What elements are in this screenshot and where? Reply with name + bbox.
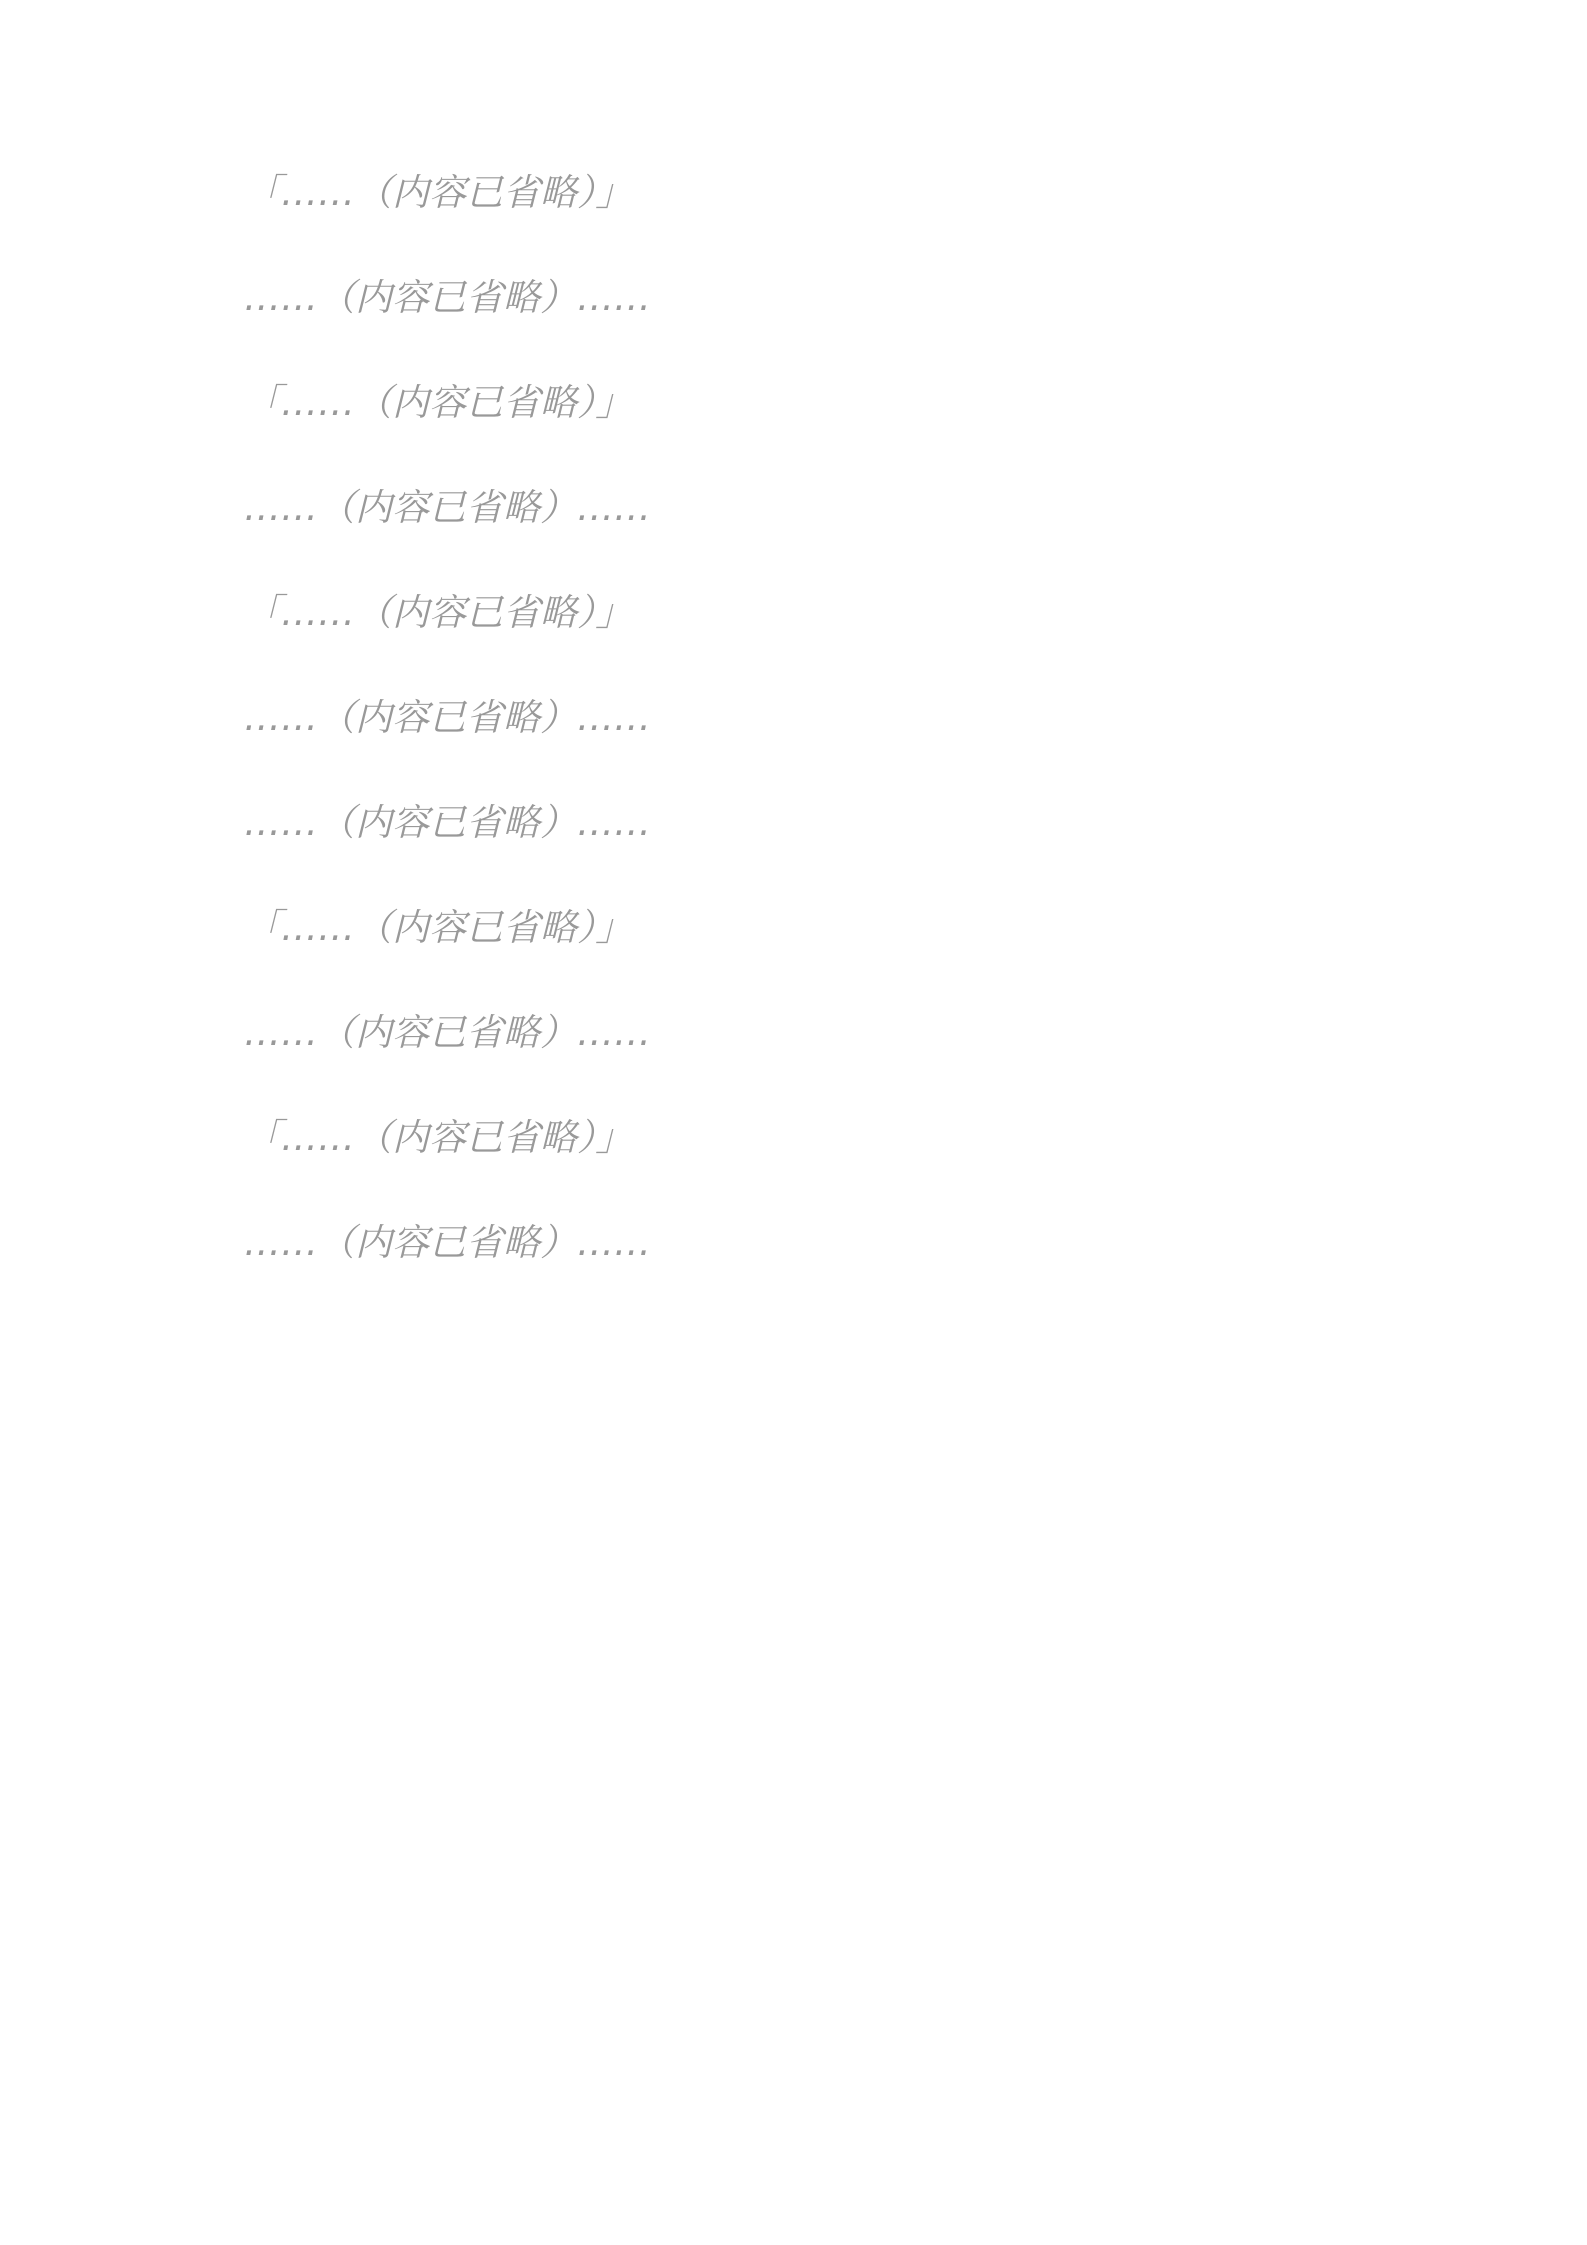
dialogue-paragraph: 「……（内容已省略）」 (170, 1085, 1420, 1190)
narration-paragraph: ……（内容已省略）…… (170, 455, 1420, 560)
dialogue-paragraph: 「……（内容已省略）」 (170, 560, 1420, 665)
document-page: 「……（内容已省略）」……（内容已省略）……「……（内容已省略）」……（内容已省… (0, 0, 1587, 2245)
dialogue-paragraph: 「……（内容已省略）」 (170, 140, 1420, 245)
narration-paragraph: ……（内容已省略）…… (170, 770, 1420, 875)
dialogue-paragraph: 「……（内容已省略）」 (170, 350, 1420, 455)
narration-paragraph: ……（内容已省略）…… (170, 980, 1420, 1085)
dialogue-paragraph: 「……（内容已省略）」 (170, 875, 1420, 980)
narration-paragraph: ……（内容已省略）…… (170, 245, 1420, 350)
narration-paragraph: ……（内容已省略）…… (170, 665, 1420, 770)
body-text: 「……（内容已省略）」……（内容已省略）……「……（内容已省略）」……（内容已省… (170, 140, 1420, 1295)
narration-paragraph: ……（内容已省略）…… (170, 1190, 1420, 1295)
